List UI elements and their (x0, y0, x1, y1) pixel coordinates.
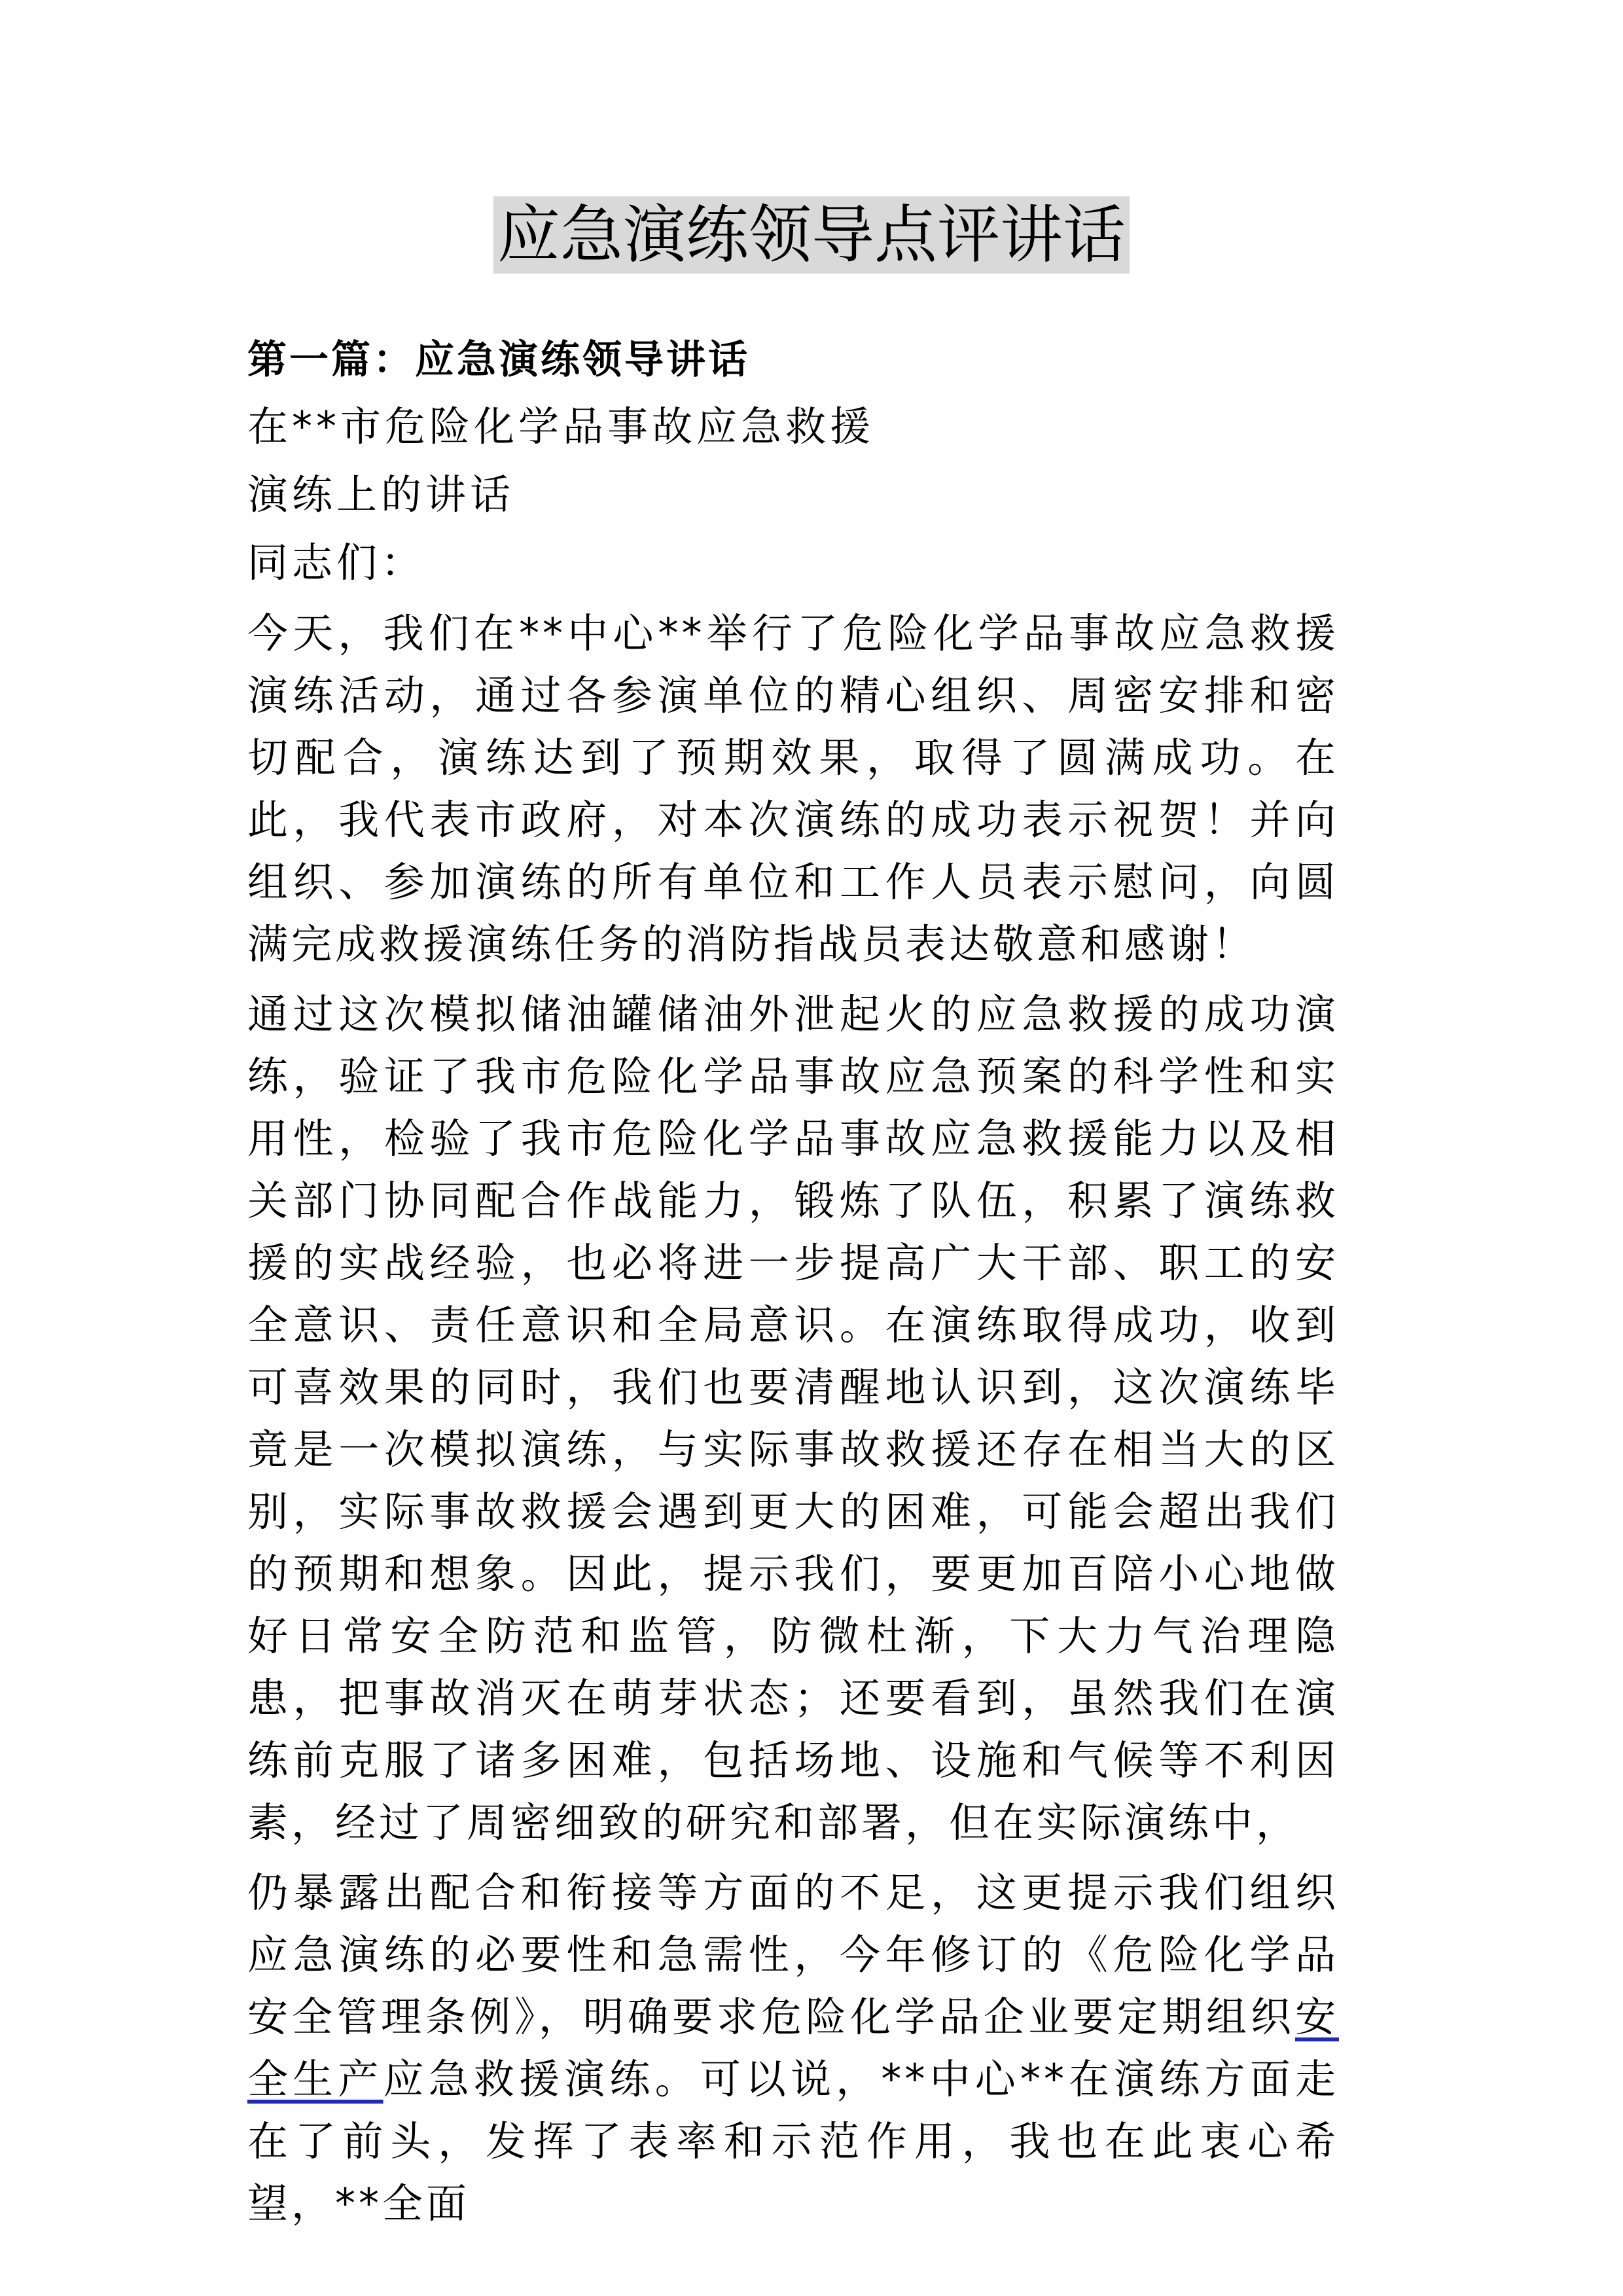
document-title: 应急演练领导点评讲话 (493, 196, 1130, 274)
salutation: 同志们： (247, 529, 1339, 597)
paragraph-2: 通过这次模拟储油罐储油外泄起火的应急救援的成功演练，验证了我市危险化学品事故应急… (247, 983, 1339, 1854)
paragraph-1: 今天，我们在**中心**举行了危险化学品事故应急救援演练活动，通过各参演单位的精… (247, 602, 1339, 975)
section-heading: 第一篇：应急演练领导讲话 (247, 327, 1339, 393)
paragraph-3-text-before: 仍暴露出配合和衔接等方面的不足，这更提示我们组织应急演练的必要性和急需性，今年修… (247, 1869, 1339, 2041)
title-container: 应急演练领导点评讲话 (0, 196, 1623, 274)
speech-subtitle-line-2: 演练上的讲话 (247, 461, 1339, 529)
speech-subtitle-line-1: 在**市危险化学品事故应急救援 (247, 393, 1339, 461)
paragraph-3-text-after: 应急救援演练。可以说，**中心**在演练方面走在了前头，发挥了表率和示范作用，我… (247, 2055, 1339, 2227)
document-body: 第一篇：应急演练领导讲话 在**市危险化学品事故应急救援 演练上的讲话 同志们：… (247, 327, 1339, 2242)
paragraph-3: 仍暴露出配合和衔接等方面的不足，这更提示我们组织应急演练的必要性和急需性，今年修… (247, 1861, 1339, 2234)
